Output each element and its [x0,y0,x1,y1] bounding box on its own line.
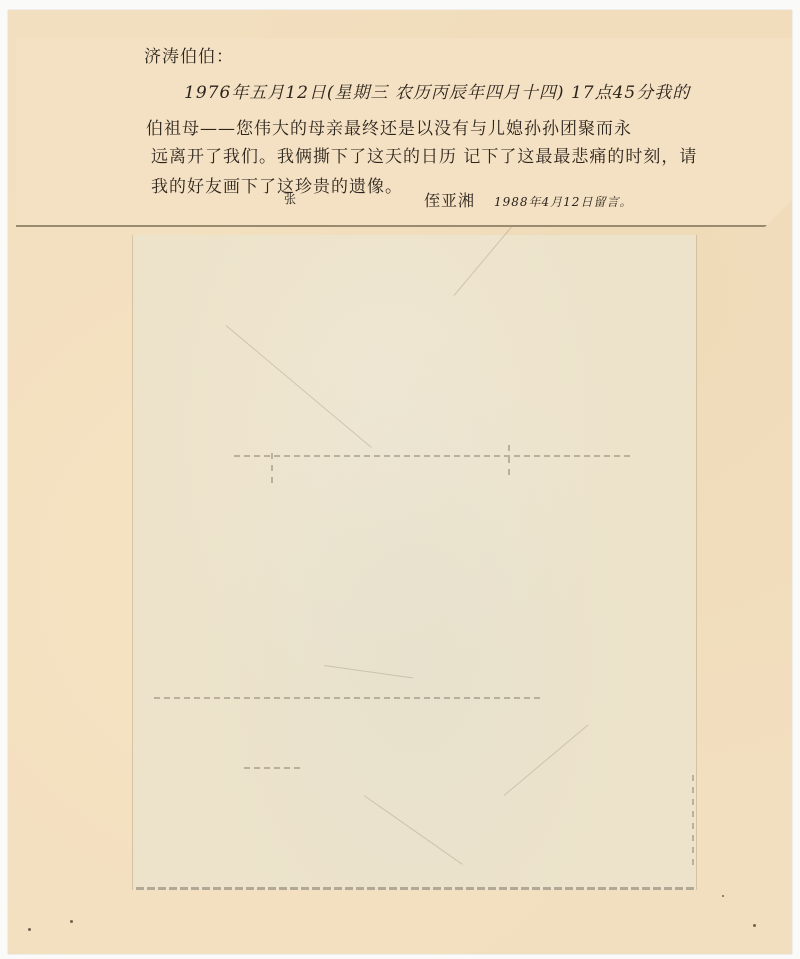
handwritten-note: 济涛伯伯： 1976年五月12日(星期三 农历丙辰年四月十四) 17点45分我的… [16,38,792,227]
note-line-2: 伯祖母——您伟大的母亲最终还是以没有与儿媳孙孙团聚而永 [146,114,632,139]
note-insertion-mark: 张 [284,190,297,207]
sketch-stroke [324,665,413,679]
sketch-stroke [226,325,372,448]
foxing-spot [722,895,724,897]
note-salutation: 济涛伯伯： [144,42,234,67]
sketch-stroke [364,795,463,865]
note-signature-date: 1988年4月12日留言。 [494,193,632,210]
sketch-stroke [508,445,510,480]
sketch-stroke [244,767,304,769]
sketch-stroke [692,775,694,865]
sketch-stroke [271,453,273,483]
fold-line-right [696,235,697,890]
foxing-spot [753,924,756,927]
foxing-spot [28,928,31,931]
sketch-frame-bottom [136,887,694,890]
portrait-sketch-area [134,235,696,890]
note-line-1: 1976年五月12日(星期三 农历丙辰年四月十四) 17点45分我的 [184,78,690,103]
sketch-stroke [154,697,544,699]
fold-line-left [132,235,133,890]
note-signature: 侄亚湘 [424,188,475,211]
note-line-3: 远离开了我们。我俩撕下了这天的日历 记下了这最最悲痛的时刻，请 [151,142,697,167]
sketch-stroke [504,724,589,795]
note-line-4: 我的好友画下了这珍贵的遗像。 [151,172,403,197]
foxing-spot [70,920,73,923]
sketch-stroke [234,455,634,457]
